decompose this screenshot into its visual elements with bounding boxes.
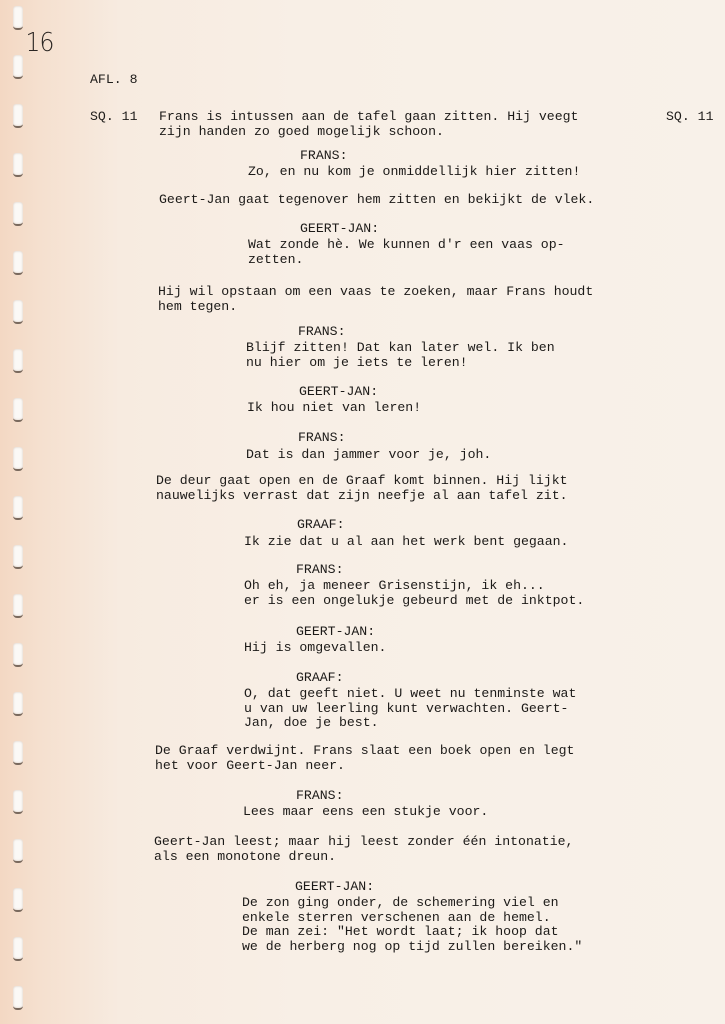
dialogue-text: Zo, en nu kom je onmiddellijk hier zitte… (248, 165, 580, 180)
dialogue-text: Ik hou niet van leren! (247, 401, 421, 416)
binding-hole (13, 643, 23, 667)
character-name: FRANS: (300, 149, 347, 164)
dialogue-text: O, dat geeft niet. U weet nu tenminste w… (244, 687, 576, 731)
dialogue-text: Dat is dan jammer voor je, joh. (246, 448, 491, 463)
character-name: FRANS: (298, 325, 345, 340)
character-name: FRANS: (298, 431, 345, 446)
episode-label: AFL. 8 (90, 73, 137, 88)
binding-hole (13, 6, 23, 30)
dialogue-text: Blijf zitten! Dat kan later wel. Ik ben … (246, 341, 555, 370)
sequence-label-left: SQ. 11 (90, 110, 137, 125)
character-name: GEERT-JAN: (295, 880, 374, 895)
binding-hole (13, 839, 23, 863)
binding-hole (13, 496, 23, 520)
binding-hole (13, 594, 23, 618)
dialogue-text: Hij is omgevallen. (244, 641, 386, 656)
binding-holes (13, 0, 27, 1024)
binding-hole (13, 300, 23, 324)
character-name: GEERT-JAN: (299, 385, 378, 400)
dialogue-text: Wat zonde hè. We kunnen d'r een vaas op-… (248, 238, 565, 267)
dialogue-text: Oh eh, ja meneer Grisenstijn, ik eh... e… (244, 579, 584, 608)
binding-hole (13, 153, 23, 177)
action-text: De Graaf verdwijnt. Frans slaat een boek… (155, 744, 574, 773)
character-name: FRANS: (296, 563, 343, 578)
binding-hole (13, 986, 23, 1010)
handwritten-page-number: 16 (26, 28, 54, 58)
binding-hole (13, 545, 23, 569)
binding-hole (13, 202, 23, 226)
binding-hole (13, 937, 23, 961)
binding-hole (13, 790, 23, 814)
script-page: 16 AFL. 8 SQ. 11 SQ. 11 Frans is intusse… (0, 0, 725, 1024)
character-name: GRAAF: (296, 671, 343, 686)
binding-hole (13, 888, 23, 912)
binding-hole (13, 55, 23, 79)
sequence-label-right: SQ. 11 (666, 110, 713, 125)
action-text: Hij wil opstaan om een vaas te zoeken, m… (158, 285, 593, 314)
character-name: GEERT-JAN: (300, 222, 379, 237)
action-text: Geert-Jan gaat tegenover hem zitten en b… (159, 193, 594, 208)
action-text: Frans is intussen aan de tafel gaan zitt… (159, 110, 578, 139)
binding-hole (13, 447, 23, 471)
action-text: De deur gaat open en de Graaf komt binne… (156, 474, 568, 503)
action-text: Geert-Jan leest; maar hij leest zonder é… (154, 835, 573, 864)
binding-hole (13, 398, 23, 422)
dialogue-text: Ik zie dat u al aan het werk bent gegaan… (244, 535, 568, 550)
binding-hole (13, 251, 23, 275)
binding-hole (13, 741, 23, 765)
character-name: GEERT-JAN: (296, 625, 375, 640)
binding-hole (13, 349, 23, 373)
dialogue-text: De zon ging onder, de schemering viel en… (242, 896, 582, 954)
character-name: FRANS: (296, 789, 343, 804)
binding-hole (13, 692, 23, 716)
character-name: GRAAF: (297, 518, 344, 533)
dialogue-text: Lees maar eens een stukje voor. (243, 805, 488, 820)
binding-hole (13, 104, 23, 128)
